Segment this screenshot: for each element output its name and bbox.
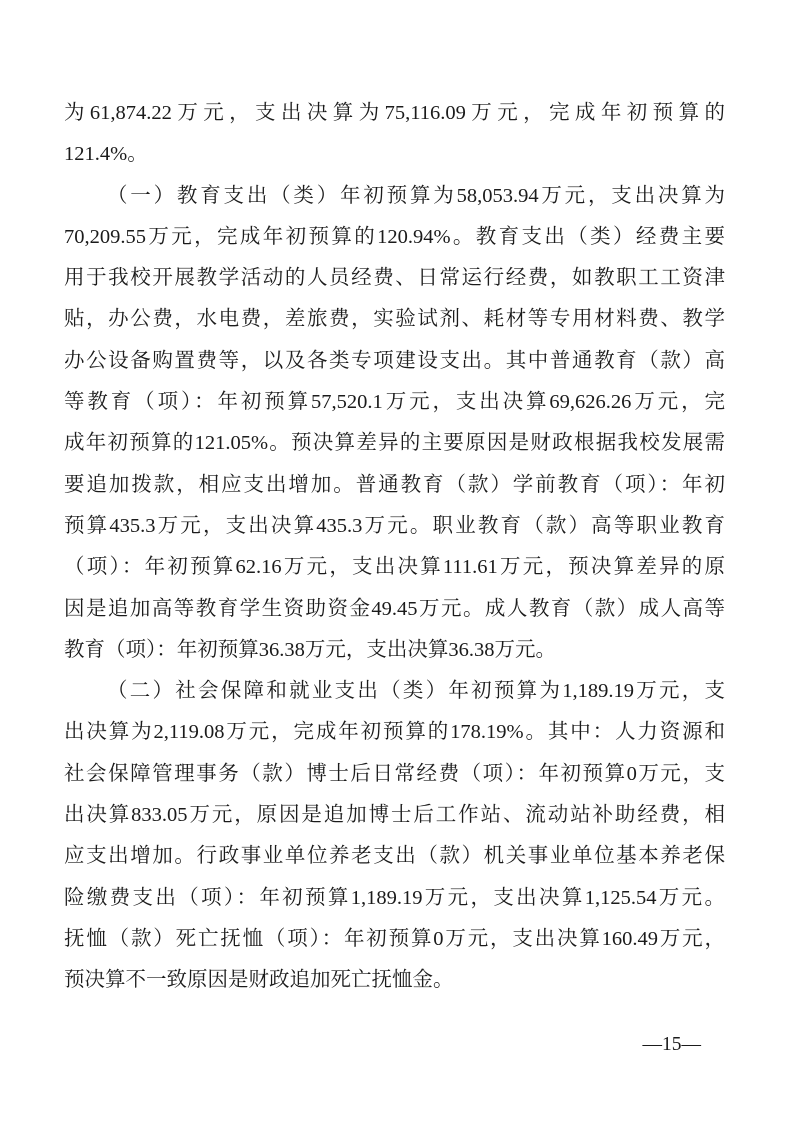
page-footer: —15— [64, 1031, 701, 1059]
text-line: 预决算不一致原因是财政追加死亡抚恤金。 [64, 960, 725, 1001]
text-line: 抚恤（款）死亡抚恤（项）：年初预算0万元，支出决算160.49万元， [64, 919, 725, 960]
text-line: 因是追加高等教育学生资助资金49.45万元。成人教育（款）成人高等 [64, 589, 725, 630]
text-line: 等教育（项）：年初预算57,520.1万元，支出决算69,626.26万元，完 [64, 382, 725, 423]
paragraph-education-expenditure: （一）教育支出（类）年初预算为58,053.94万元，支出决算为 70,209.… [64, 176, 725, 672]
page-number: —15— [643, 1034, 702, 1055]
text-line: 预算435.3万元，支出决算435.3万元。职业教育（款）高等职业教育 [64, 506, 725, 547]
text-line: 70,209.55万元，完成年初预算的120.94%。教育支出（类）经费主要 [64, 217, 725, 258]
document-body: 为61,874.22万元，支出决算为75,116.09万元，完成年初预算的 12… [64, 93, 725, 1002]
text-line: 社会保障管理事务（款）博士后日常经费（项）：年初预算0万元，支 [64, 754, 725, 795]
text-line: 险缴费支出（项）：年初预算1,189.19万元，支出决算1,125.54万元。 [64, 878, 725, 919]
text-line: 教育（项）：年初预算36.38万元，支出决算36.38万元。 [64, 630, 725, 671]
paragraph-social-security-employment-expenditure: （二）社会保障和就业支出（类）年初预算为1,189.19万元，支 出决算为2,1… [64, 671, 725, 1001]
text-line: 要追加拨款，相应支出增加。普通教育（款）学前教育（项）：年初 [64, 465, 725, 506]
text-line: 为61,874.22万元，支出决算为75,116.09万元，完成年初预算的 [64, 93, 725, 134]
text-line: （二）社会保障和就业支出（类）年初预算为1,189.19万元，支 [64, 671, 725, 712]
text-line: 应支出增加。行政事业单位养老支出（款）机关事业单位基本养老保 [64, 836, 725, 877]
document-page: 为61,874.22万元，支出决算为75,116.09万元，完成年初预算的 12… [0, 0, 793, 1122]
text-line: 121.4%。 [64, 134, 725, 175]
text-line: （项）：年初预算62.16万元，支出决算111.61万元，预决算差异的原 [64, 547, 725, 588]
text-line: 用于我校开展教学活动的人员经费、日常运行经费，如教职工工资津 [64, 258, 725, 299]
text-line: 贴，办公费，水电费，差旅费，实验试剂、耗材等专用材料费、教学 [64, 299, 725, 340]
text-line: 办公设备购置费等，以及各类专项建设支出。其中普通教育（款）高 [64, 341, 725, 382]
text-line: 成年初预算的121.05%。预决算差异的主要原因是财政根据我校发展需 [64, 423, 725, 464]
text-line: 出决算833.05万元，原因是追加博士后工作站、流动站补助经费，相 [64, 795, 725, 836]
text-line: （一）教育支出（类）年初预算为58,053.94万元，支出决算为 [64, 176, 725, 217]
text-line: 出决算为2,119.08万元，完成年初预算的178.19%。其中：人力资源和 [64, 712, 725, 753]
paragraph-budget-completion-summary: 为61,874.22万元，支出决算为75,116.09万元，完成年初预算的 12… [64, 93, 725, 176]
